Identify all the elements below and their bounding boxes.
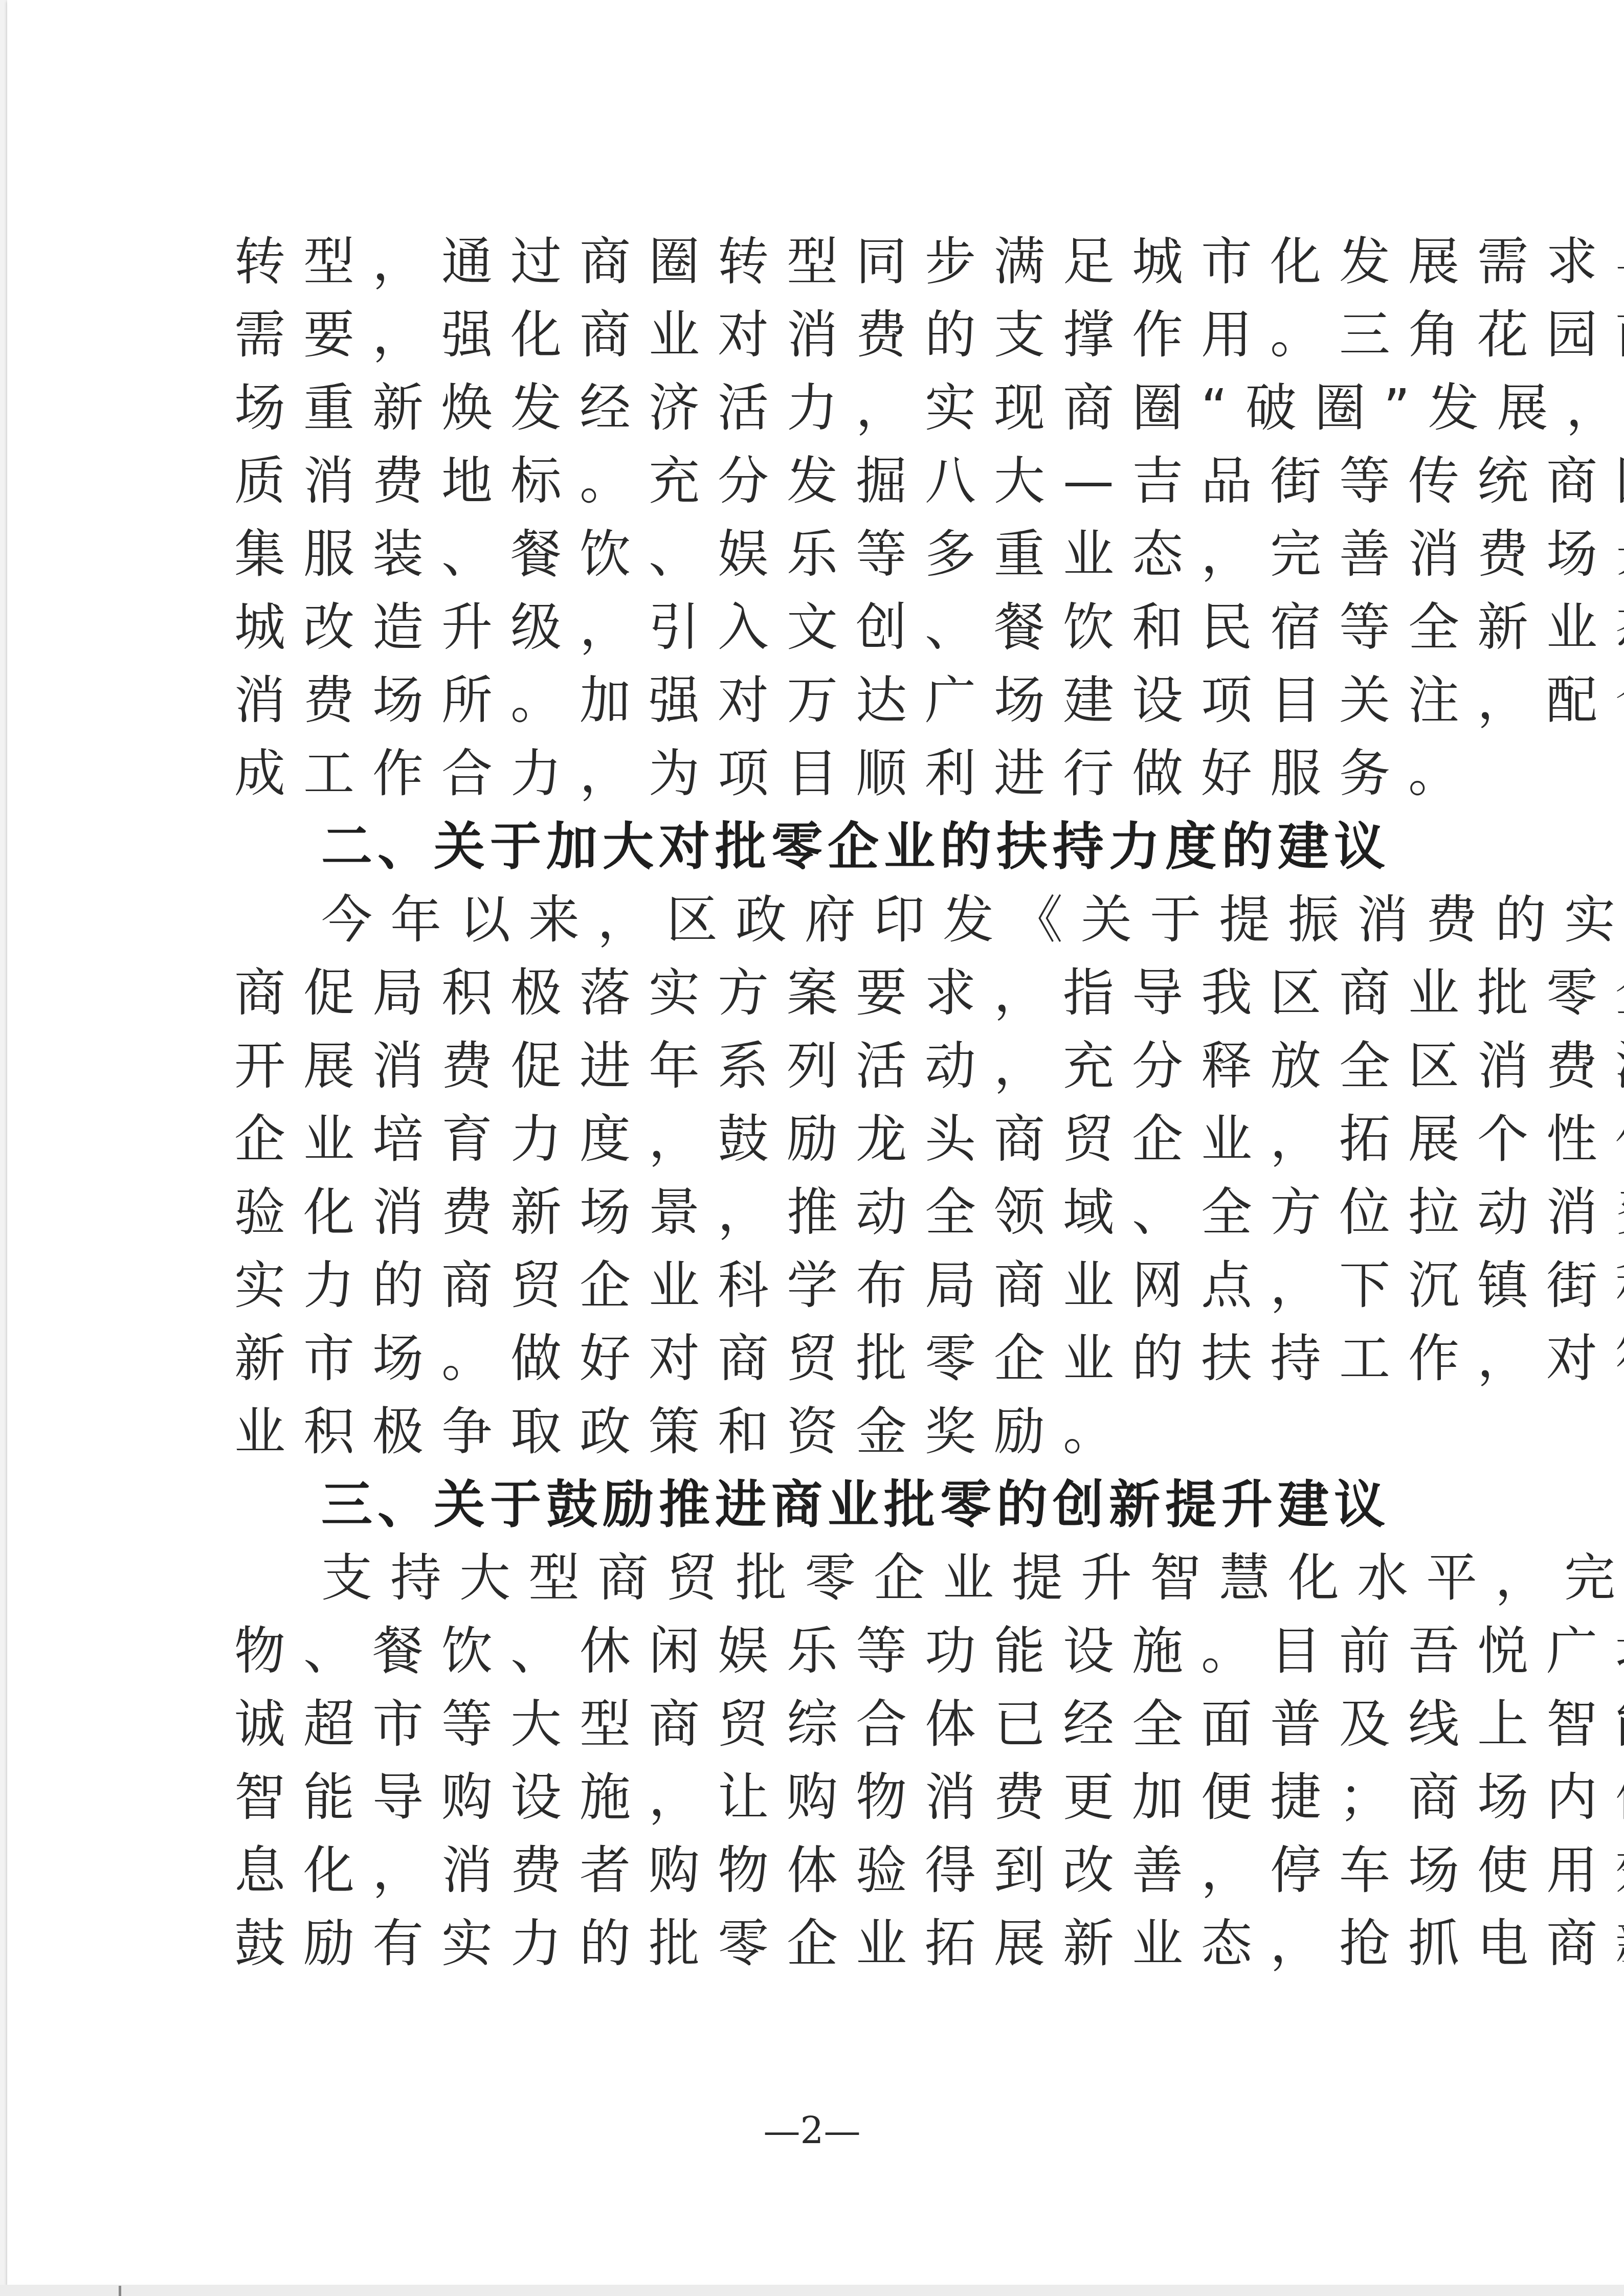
text-line: 开展消费促进年系列活动，充分释放全区消费潜力。加大批零 [234,1029,1420,1102]
text-line: 智能导购设施，让购物消费更加便捷；商场内停车场已实现信 [234,1761,1420,1834]
text-line: 商促局积极落实方案要求，指导我区商业批零企业抢抓商机， [234,956,1420,1029]
text-line: 转型，通过商圈转型同步满足城市化发展需求与居民消费升级 [234,225,1420,298]
paragraph-continuation: 转型，通过商圈转型同步满足城市化发展需求与居民消费升级 需要，强化商业对消费的支… [234,225,1420,810]
text-line: 需要，强化商业对消费的支撑作用。三角花园商圈通过吾悦广 [234,298,1420,371]
text-line: 鼓励有实力的批零企业拓展新业态，抢抓电商新批零、新模式 [234,1907,1420,1980]
text-line: 今年以来，区政府印发《关于提振消费的实施方案》，区 [234,883,1420,956]
text-line: 消费场所。加强对万达广场建设项目关注，配合相关部门，形 [234,664,1420,737]
text-line: 新市场。做好对商贸批零企业的扶持工作，对符合奖补条件企 [234,1322,1420,1395]
document-body: 转型，通过商圈转型同步满足城市化发展需求与居民消费升级 需要，强化商业对消费的支… [234,225,1420,1980]
text-line: 物、餐饮、休闲娱乐等功能设施。目前吾悦广场、大润发、贵 [234,1614,1420,1687]
text-line: 成工作合力，为项目顺利进行做好服务。 [234,737,1420,810]
text-line: 息化，消费者购物体验得到改善，停车场使用效率显著提高。 [234,1834,1420,1907]
text-line: 场重新焕发经济活力，实现商圈“破圈”发展，已经成为全区品 [234,371,1420,444]
text-line: 实力的商贸企业科学布局商业网点，下沉镇街和村居，开拓全 [234,1249,1420,1322]
text-line: 诚超市等大型商贸综合体已经全面普及线上智能支付，配备有 [234,1687,1420,1761]
text-line: 支持大型商贸批零企业提升智慧化水平，完善线上线下购 [234,1541,1420,1614]
paragraph-section-2: 今年以来，区政府印发《关于提振消费的实施方案》，区 商促局积极落实方案要求，指导… [234,883,1420,1468]
paragraph-section-3: 支持大型商贸批零企业提升智慧化水平，完善线上线下购 物、餐饮、休闲娱乐等功能设施… [234,1541,1420,1980]
scan-border [0,2285,1624,2296]
text-line: 企业培育力度，鼓励龙头商贸企业，拓展个性化、定制化和体 [234,1102,1420,1176]
scan-artifact [119,2286,121,2296]
section-heading-3: 三、关于鼓励推进商业批零的创新提升建议 [234,1468,1420,1541]
text-line: 验化消费新场景，推动全领域、全方位拉动消费。积极引导有 [234,1176,1420,1249]
section-heading-2: 二、关于加大对批零企业的扶持力度的建议 [234,810,1420,883]
page-number: —2— [0,2109,1624,2152]
text-line: 集服装、餐饮、娱乐等多重业态，完善消费场景。加强鲁南水 [234,517,1420,591]
text-line: 业积极争取政策和资金奖励。 [234,1395,1420,1468]
text-line: 城改造升级，引入文创、餐饮和民宿等全新业态，打造综合性 [234,591,1420,664]
text-line: 质消费地标。充分发掘八大—吉品街等传统商圈消费潜力，聚 [234,444,1420,517]
